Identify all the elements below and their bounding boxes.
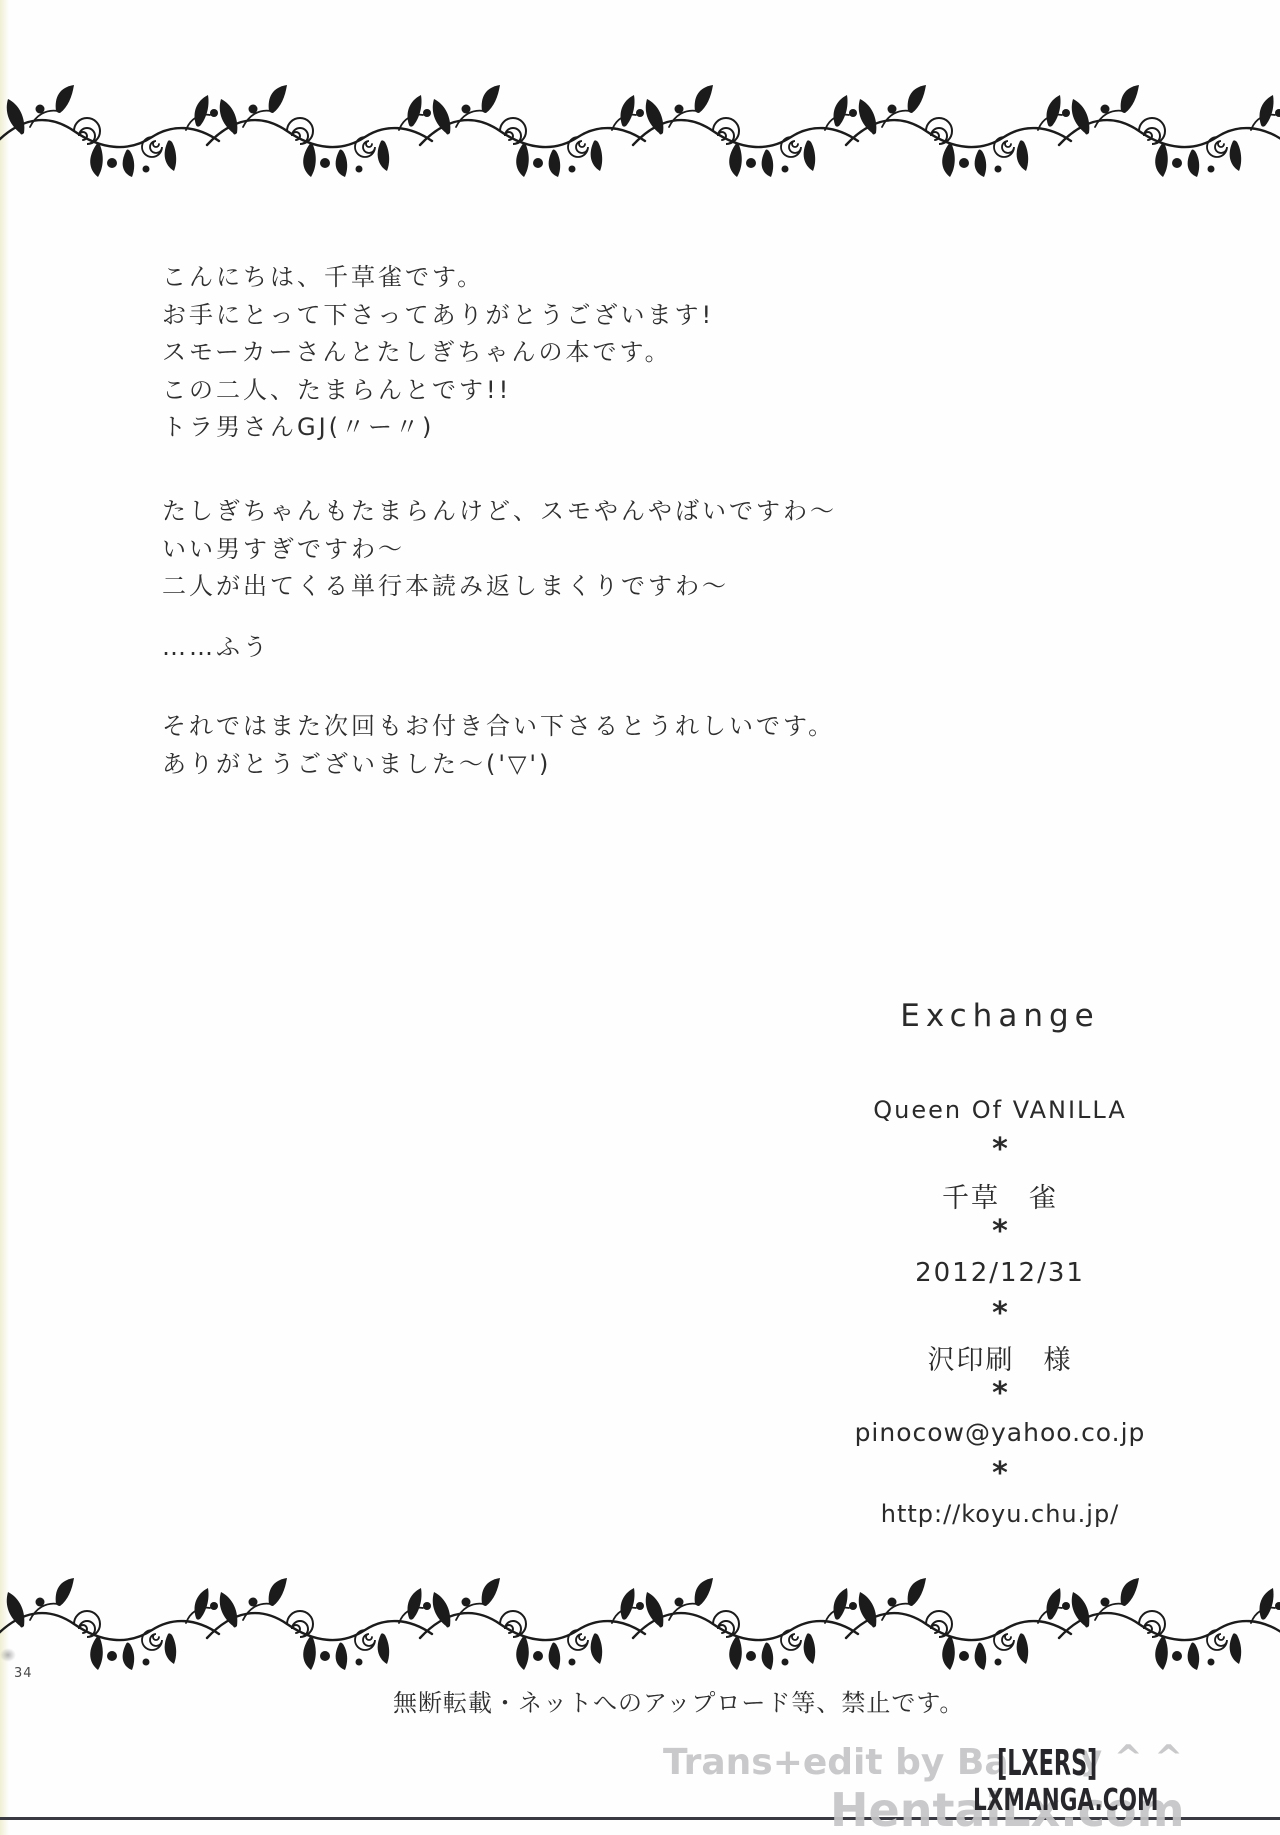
publish-date: 2012/12/31: [720, 1258, 1280, 1288]
translator-watermark: Trans+edit by Ba: [663, 1742, 1009, 1783]
star-divider-icon: *: [720, 1304, 1280, 1324]
afterword-line: こんにちは、千草雀です。: [162, 263, 484, 291]
afterword-line: トラ男さんGJ(〃ー〃): [162, 413, 434, 441]
afterword-line: いい男すぎですわ〜: [162, 535, 405, 563]
afterword-line: この二人、たまらんとです!!: [162, 376, 511, 404]
vine-ornament-top: [0, 85, 1280, 177]
afterword-line: ……ふう: [162, 633, 270, 661]
author-name: 千草 雀: [720, 1176, 1280, 1215]
book-title: Exchange: [720, 998, 1280, 1034]
afterword-line: 二人が出てくる単行本読み返しまくりですわ〜: [162, 572, 729, 600]
afterword-line: それではまた次回もお付き合い下さるとうれしいです。: [162, 712, 835, 740]
scanned-doujin-page: こんにちは、千草雀です。 お手にとって下さってありがとうございます! スモーカー…: [0, 0, 1280, 1835]
afterword-line: スモーカーさんとたしぎちゃんの本です。: [162, 338, 672, 366]
website-url: http://koyu.chu.jp/: [720, 1500, 1280, 1528]
star-divider-icon: *: [720, 1464, 1280, 1484]
star-divider-icon: *: [720, 1384, 1280, 1404]
page-number: 34: [14, 1666, 33, 1681]
circle-name: Queen Of VANILLA: [720, 1096, 1280, 1124]
lxers-badge: [LXERS]: [997, 1743, 1097, 1784]
afterword-line: ありがとうございました〜('▽'): [162, 750, 551, 778]
vine-ornament-bottom: [0, 1578, 1280, 1670]
contact-email: pinocow@yahoo.co.jp: [720, 1418, 1280, 1447]
scan-edge-tint: [0, 0, 9, 1835]
lxmanga-watermark: LXMANGA.COM: [973, 1783, 1158, 1818]
no-reupload-disclaimer: 無断転載・ネットへのアップロード等、禁止です。: [393, 1683, 964, 1718]
star-divider-icon: *: [720, 1140, 1280, 1160]
afterword-line: お手にとって下さってありがとうございます!: [162, 301, 714, 329]
scan-smudge: [0, 1648, 16, 1662]
afterword-line: たしぎちゃんもたまらんけど、スモやんやばいですわ〜: [162, 497, 837, 525]
star-divider-icon: *: [720, 1222, 1280, 1242]
printer-name: 沢印刷 様: [720, 1338, 1280, 1377]
